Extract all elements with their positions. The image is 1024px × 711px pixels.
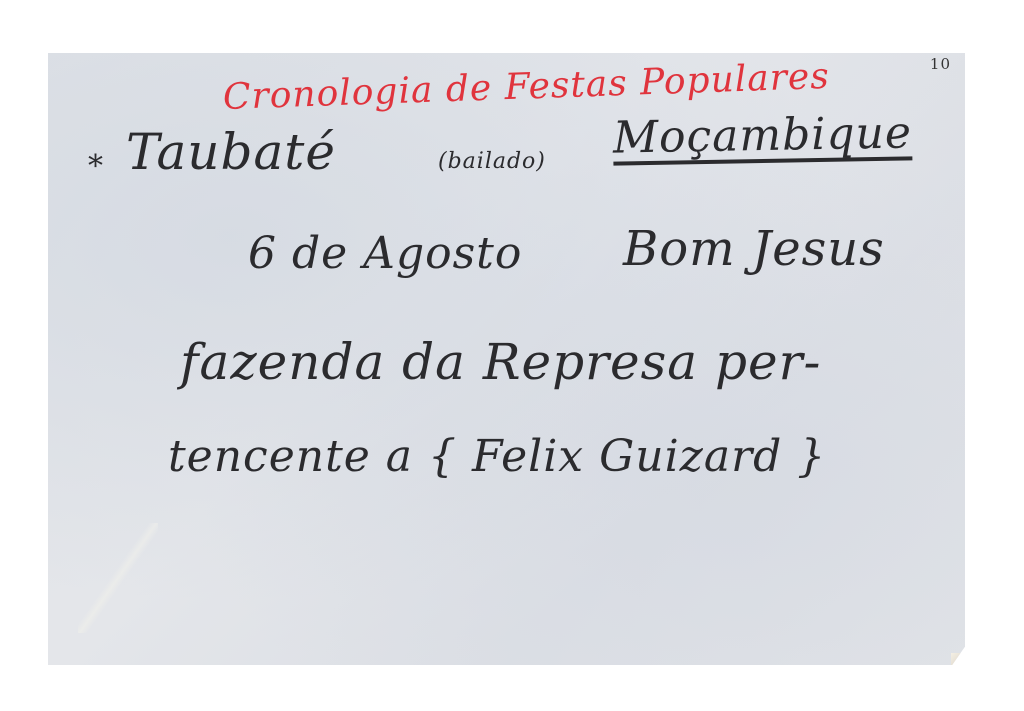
note-card: Cronologia de Festas Populares 10 * Taub… <box>48 53 965 665</box>
location-line: fazenda da Represa per- <box>180 333 821 391</box>
folded-corner <box>951 653 965 665</box>
festival-title: Moçambique <box>613 110 913 165</box>
festival-date: 6 de Agosto <box>248 228 522 279</box>
paper-crease <box>78 523 158 633</box>
dance-note: (bailado) <box>438 149 546 174</box>
card-header: Cronologia de Festas Populares <box>222 56 830 118</box>
owner-line: tencente a { Felix Guizard } <box>168 431 826 482</box>
place-name: Taubaté <box>126 123 336 181</box>
feast-name: Bom Jesus <box>623 221 885 277</box>
page-number: 10 <box>930 55 951 73</box>
asterisk-bullet: * <box>88 149 104 184</box>
